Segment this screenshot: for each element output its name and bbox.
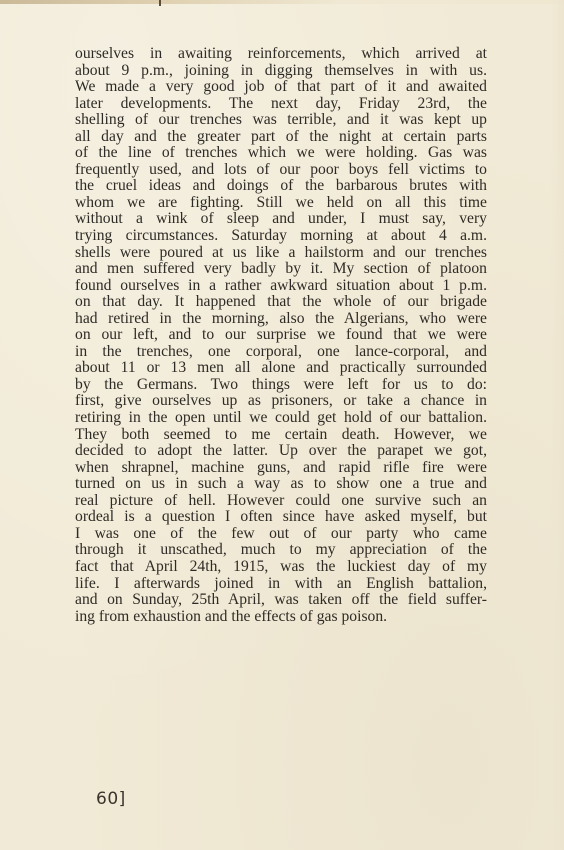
text-line: without a wink of sleep and under, I mus… [75,211,487,228]
text-line: about 11 or 13 men all alone and practic… [75,360,487,377]
text-line: by the Germans. Two things were left for… [75,377,487,394]
page-top-edge [0,0,564,4]
text-line: found ourselves in a rather awkward situ… [75,278,487,295]
text-line: first, give ourselves up as prisoners, o… [75,393,487,410]
text-line: real picture of hell. However could one … [75,493,487,510]
text-line: shells were poured at us like a hailstor… [75,245,487,262]
page-number: 60] [96,789,126,809]
page-right-edge [550,0,564,850]
text-line: frequently used, and lots of our poor bo… [75,162,487,179]
text-line: in the trenches, one corporal, one lance… [75,344,487,361]
body-text: ourselves in awaiting reinforcements, wh… [75,46,487,625]
text-line: of the line of trenches which we were ho… [75,145,487,162]
text-line: had retired in the morning, also the Alg… [75,311,487,328]
text-line: on that day. It happened that the whole … [75,294,487,311]
text-line: retiring in the open until we could get … [75,410,487,427]
text-line: and men suffered very badly by it. My se… [75,261,487,278]
text-line: trying circumstances. Saturday morning a… [75,228,487,245]
text-line: life. I afterwards joined in with an Eng… [75,576,487,593]
text-line: about 9 p.m., joining in digging themsel… [75,63,487,80]
text-line: whom we are fighting. Still we held on a… [75,195,487,212]
text-line: through it unscathed, much to my appreci… [75,542,487,559]
text-line: when shrapnel, machine guns, and rapid r… [75,460,487,477]
text-line: on our left, and to our surprise we foun… [75,327,487,344]
text-line: They both seemed to me certain death. Ho… [75,427,487,444]
text-line: I was one of the few out of our party wh… [75,526,487,543]
binding-mark [159,0,161,6]
text-line: later developments. The next day, Friday… [75,96,487,113]
text-line: fact that April 24th, 1915, was the luck… [75,559,487,576]
text-line: ordeal is a question I often since have … [75,509,487,526]
text-line: the cruel ideas and doings of the barbar… [75,178,487,195]
text-line: decided to adopt the latter. Up over the… [75,443,487,460]
text-line: and on Sunday, 25th April, was taken off… [75,592,487,609]
text-line: all day and the greater part of the nigh… [75,129,487,146]
text-line: ourselves in awaiting reinforcements, wh… [75,46,487,63]
text-line: turned on us in such a way as to show on… [75,476,487,493]
text-line: ing from exhaustion and the effects of g… [75,609,487,626]
text-line: shelling of our trenches was terrible, a… [75,112,487,129]
text-line: We made a very good job of that part of … [75,79,487,96]
